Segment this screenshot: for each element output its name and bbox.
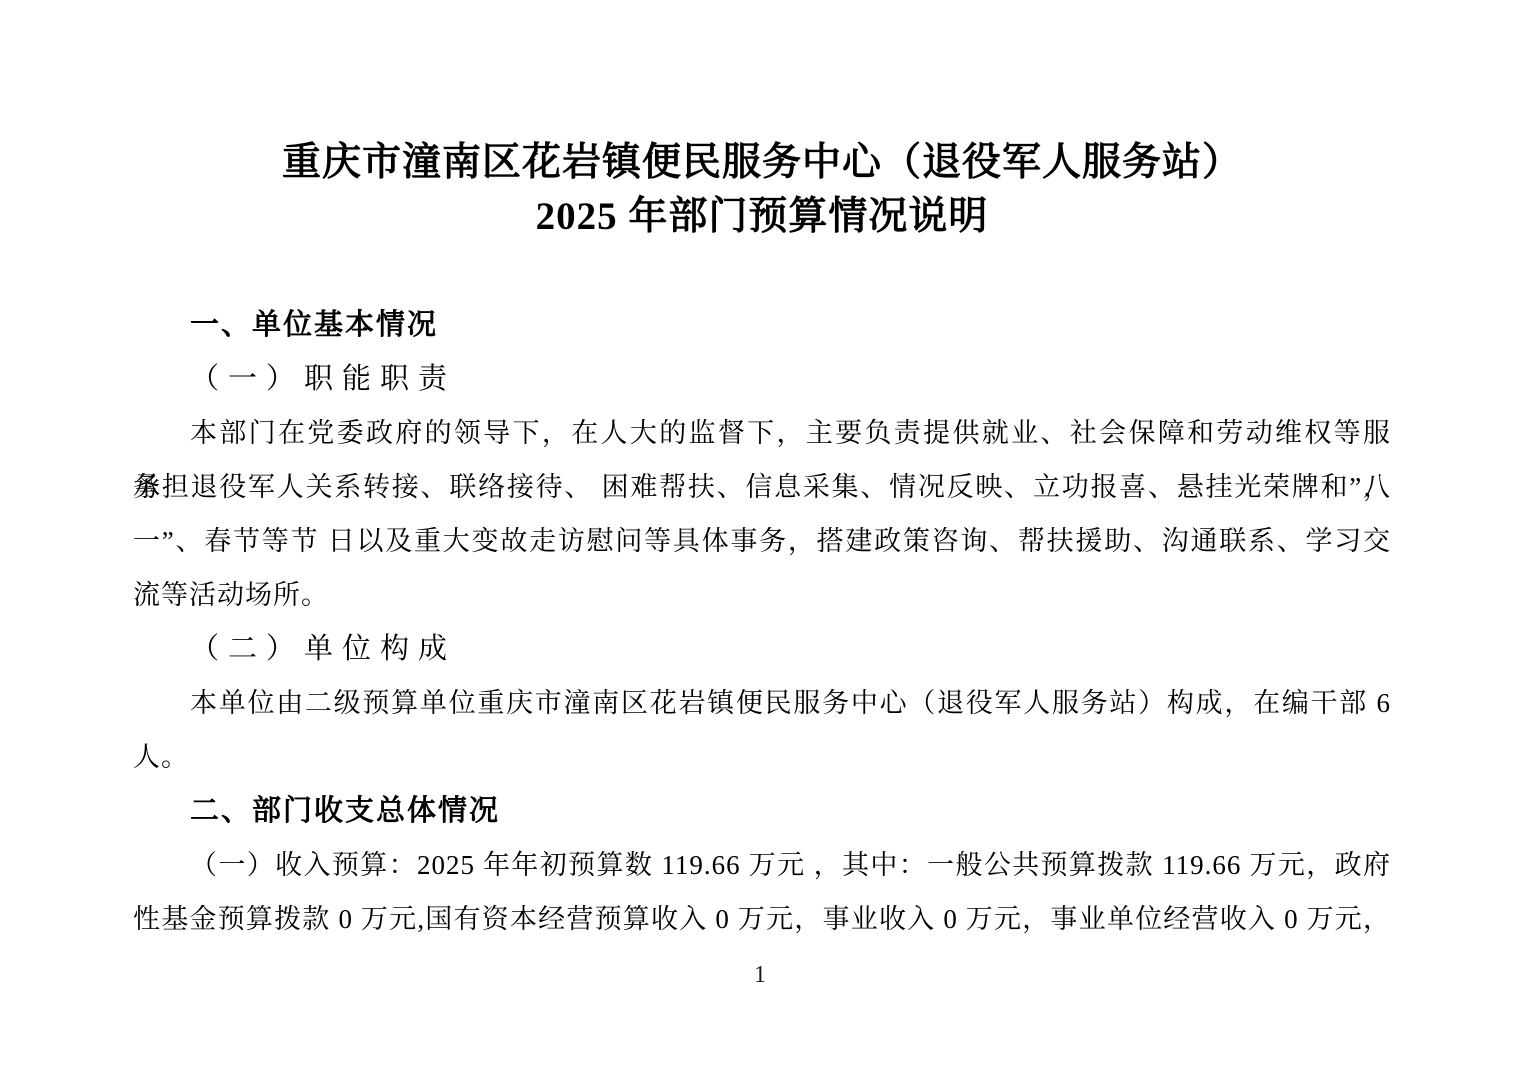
paragraph-line: 本部门在党委政府的领导下，在人大的监督下，主要负责提供就业、社会保障和劳动维权等… <box>133 406 1391 460</box>
document-content: 重庆市潼南区花岩镇便民服务中心（退役军人服务站） 2025 年部门预算情况说明 … <box>133 136 1391 946</box>
paragraph-line: 一”、春节等节 日以及重大变故走访慰问等具体事务，搭建政策咨询、帮扶援助、沟通联… <box>133 514 1391 568</box>
document-title-line2: 2025 年部门预算情况说明 <box>133 190 1391 244</box>
paragraph-line: 承担退役军人关系转接、联络接待、 困难帮扶、信息采集、情况反映、立功报喜、悬挂光… <box>133 460 1391 514</box>
subsection-heading-composition: （二）单位构成 <box>133 622 1391 676</box>
paragraph-line: 性基金预算拨款 0 万元,国有资本经营预算收入 0 万元，事业收入 0 万元，事… <box>133 892 1391 946</box>
section-heading-budget-overview: 二、部门收支总体情况 <box>133 784 1391 838</box>
document-title-line1: 重庆市潼南区花岩镇便民服务中心（退役军人服务站） <box>133 136 1391 190</box>
page-number: 1 <box>0 948 1520 1002</box>
paragraph-line: （一）收入预算：2025 年年初预算数 119.66 万元 ，其中：一般公共预算… <box>133 838 1391 892</box>
paragraph-line: 人。 <box>133 730 1391 784</box>
blank-line <box>133 244 1391 298</box>
subsection-heading-functions: （一）职能职责 <box>133 352 1391 406</box>
paragraph-line: 流等活动场所。 <box>133 568 1391 622</box>
paragraph-line: 本单位由二级预算单位重庆市潼南区花岩镇便民服务中心（退役军人服务站）构成，在编干… <box>133 676 1391 730</box>
section-heading-basic-info: 一、单位基本情况 <box>133 298 1391 352</box>
document-page: 重庆市潼南区花岩镇便民服务中心（退役军人服务站） 2025 年部门预算情况说明 … <box>0 0 1520 1074</box>
